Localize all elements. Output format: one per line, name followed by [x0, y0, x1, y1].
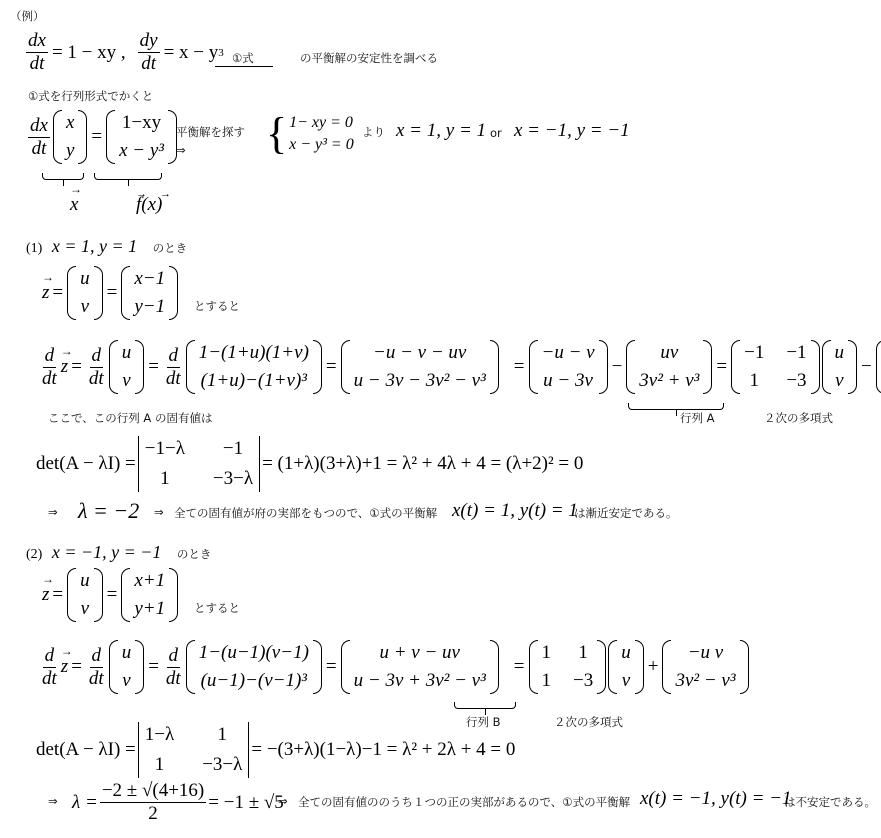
matrix-a: −1−11−3: [731, 340, 819, 394]
underbrace-fx: [94, 173, 162, 180]
cell: 1: [744, 370, 764, 392]
cell: x: [66, 112, 74, 134]
case1-derivative: ddt z = ddt uv = ddt 1−(1+u)(1+v)(1+u)−(…: [38, 340, 881, 394]
cell: (u−1)−(v−1)³: [199, 670, 309, 692]
fraction: dy dt: [138, 30, 160, 75]
cell: u − 3v + 3v² − v³: [354, 670, 486, 692]
system-line: x − y³ = 0: [289, 134, 354, 156]
lambda-lhs: λ =: [72, 792, 98, 814]
conclusion-end: は不安定である。: [784, 794, 876, 810]
numerator: −2 ± √(4+16): [100, 780, 206, 803]
case2-heading: (2) x = −1, y = −1 のとき: [26, 542, 211, 563]
equation-system: {1− xy = 0x − y³ = 0: [266, 112, 354, 156]
cell: u: [621, 642, 631, 664]
lambda-rhs: = −1 ± √5: [208, 792, 284, 814]
cell: 1−λ: [145, 724, 174, 746]
example-label: （例）: [10, 8, 45, 24]
cell: −3−λ: [202, 754, 242, 776]
cell: −u v: [675, 642, 735, 664]
cell: uv: [639, 342, 699, 364]
det-rhs: = (1+λ)(3+λ)+1 = λ² + 4λ + 4 = (λ+2)² = …: [262, 453, 583, 475]
cell: x−1: [134, 268, 165, 290]
conclusion-end: は漸近安定である。: [574, 505, 678, 521]
det-lhs: det(A − λI) =: [36, 453, 136, 475]
cell: u: [80, 570, 90, 592]
cell: 1: [542, 642, 552, 664]
cell: 3v² − v³: [675, 670, 735, 692]
arrow-x: →: [160, 188, 171, 200]
cell: −1−λ: [145, 438, 185, 460]
cell: x+1: [134, 570, 165, 592]
numerator: d: [167, 645, 181, 668]
case2-determinant: det(A − λI) = 1−λ11−3−λ = −(3+λ)(1−λ)−1 …: [36, 722, 515, 778]
cell: (1+u)−(1+v)³: [199, 370, 309, 392]
denominator: dt: [87, 368, 106, 390]
numerator: dx: [26, 30, 48, 53]
label-x: x: [70, 194, 78, 216]
solution-2: x = −1, y = −1: [514, 120, 630, 142]
cell: −3: [573, 670, 593, 692]
matrix-intro-text: ①式を行列形式でかくと: [28, 88, 153, 104]
numerator: d: [43, 345, 57, 368]
conclusion-equation: x(t) = 1, y(t) = 1: [452, 500, 578, 522]
case2-z-definition: z = uv = x+1y+1: [42, 568, 179, 622]
conclusion-arrow: ⇒: [154, 505, 164, 519]
case2-derivative: ddt z = ddt uv = ddt 1−(u−1)(v−1)(u−1)−(…: [38, 640, 750, 694]
numerator: dx: [28, 115, 50, 138]
poly-label: ２次の多項式: [554, 714, 623, 730]
cell: −1: [786, 342, 806, 364]
underbrace-x: [42, 173, 84, 180]
cell: v: [80, 296, 90, 318]
vector-z: z: [42, 282, 49, 304]
matrix-a-label: 行列 A: [680, 410, 715, 426]
cell: −u − v − uv: [354, 342, 486, 364]
vector-z: z: [61, 656, 68, 678]
result-arrow: ⇒: [48, 505, 58, 519]
denominator: dt: [28, 53, 47, 75]
denominator: dt: [30, 138, 49, 160]
denominator: dt: [87, 668, 106, 690]
case-suffix: のとき: [177, 547, 212, 561]
purpose-text: の平衡解の安定性を調べる: [300, 50, 438, 66]
case1-determinant: det(A − λI) = −1−λ−11−3−λ = (1+λ)(3+λ)+1…: [36, 436, 583, 492]
vector-fx: 1−xyx − y³: [106, 110, 177, 164]
cell: v: [621, 670, 631, 692]
equation-1: dx dt = 1 − xy , dy dt = x − y3: [24, 30, 224, 75]
cell: u − 3v − 3v² − v³: [354, 370, 486, 392]
case1-suffix: とすると: [194, 298, 240, 314]
numerator: dy: [138, 30, 160, 53]
case-condition: x = 1, y = 1: [52, 236, 137, 256]
find-equilibrium-text: 平衡解を探す: [176, 124, 245, 140]
or-text: or: [490, 126, 502, 140]
eq2-rhs: = x − y: [164, 42, 219, 64]
conclusion-arrow: ⇒: [278, 794, 288, 808]
case1-heading: (1) x = 1, y = 1 のとき: [26, 236, 187, 257]
underbrace-matrix-a: [628, 403, 724, 410]
numerator: d: [90, 645, 104, 668]
cell: 1: [202, 724, 242, 746]
implies-arrow: ⇒: [176, 143, 186, 157]
arrow-f: →: [136, 188, 147, 200]
cell: −1: [213, 438, 253, 460]
cell: 1−xy: [119, 112, 164, 134]
vector-z: z: [42, 584, 49, 606]
denominator: 2: [146, 803, 160, 825]
denominator: dt: [164, 668, 183, 690]
denominator: dt: [164, 368, 183, 390]
case-condition: x = −1, y = −1: [52, 542, 162, 562]
result-arrow: ⇒: [48, 794, 58, 808]
cell: v: [835, 370, 845, 392]
eq1-rhs: = 1 − xy ,: [52, 42, 126, 64]
cell: u: [80, 268, 90, 290]
cell: y+1: [134, 598, 165, 620]
denominator: dt: [139, 53, 158, 75]
conclusion-text: 全ての固有値が府の実部をもつので、①式の平衡解: [174, 505, 437, 521]
case1-z-definition: z = uv = x−1y−1: [42, 266, 179, 320]
lambda-formula: λ = −2 ± √(4+16)2 = −1 ± √5: [72, 780, 284, 825]
denominator: dt: [40, 668, 59, 690]
fraction: dx dt: [26, 30, 48, 75]
numerator: d: [90, 345, 104, 368]
underline: [215, 66, 273, 67]
cell: u + v − uv: [354, 642, 486, 664]
case2-suffix: とすると: [194, 600, 240, 616]
exponent: 3: [218, 47, 224, 59]
cell: −u − v: [542, 342, 595, 364]
numerator: d: [43, 645, 57, 668]
det-rhs: = −(3+λ)(1−λ)−1 = λ² + 2λ + 4 = 0: [251, 739, 515, 761]
matrix-b: 111−3: [529, 640, 607, 694]
cell: 1−(1+u)(1+v): [199, 342, 309, 364]
vector-xy: xy: [53, 110, 87, 164]
cell: u − 3v: [542, 370, 595, 392]
lambda-result: λ = −2: [78, 498, 139, 524]
det-lhs: det(A − λI) =: [36, 739, 136, 761]
cell: v: [122, 670, 132, 692]
underbrace-matrix-b: [454, 702, 516, 709]
solution-1: x = 1, y = 1: [396, 120, 486, 142]
cell: −1: [744, 342, 764, 364]
system-line: 1− xy = 0: [289, 112, 354, 134]
numerator: d: [167, 345, 181, 368]
cell: u: [122, 342, 132, 364]
vector-z: z: [61, 356, 68, 378]
fraction: dx dt: [28, 115, 50, 160]
cell: u: [835, 342, 845, 364]
case-number: (2): [26, 547, 42, 562]
cell: 1: [542, 670, 552, 692]
poly-label: ２次の多項式: [764, 410, 833, 426]
cell: 1: [145, 468, 185, 490]
equation-ref: ①式: [232, 50, 254, 66]
cell: v: [122, 370, 132, 392]
cell: 1: [573, 642, 593, 664]
from-text: より: [362, 124, 385, 140]
denominator: dt: [40, 368, 59, 390]
vector-x-label: x: [70, 194, 78, 216]
case-suffix: のとき: [153, 241, 188, 255]
cell: 1−(u−1)(v−1): [199, 642, 309, 664]
cell: v: [80, 598, 90, 620]
cell: y: [66, 140, 74, 162]
cell: u: [122, 642, 132, 664]
cell: −3: [786, 370, 806, 392]
cell: x − y³: [119, 140, 164, 162]
matrix-form-equation: dx dt xy = 1−xyx − y³: [26, 110, 178, 164]
cell: 3v² + v³: [639, 370, 699, 392]
cell: y−1: [134, 296, 165, 318]
conclusion-text: 全ての固有値ののうち１つの正の実部があるので、①式の平衡解: [298, 794, 630, 810]
cell: 1: [145, 754, 174, 776]
conclusion-equation: x(t) = −1, y(t) = −1: [640, 788, 792, 810]
eigen-intro-text: ここで、この行列 A の固有値は: [48, 410, 212, 426]
cell: −3−λ: [213, 468, 253, 490]
case-number: (1): [26, 241, 42, 256]
